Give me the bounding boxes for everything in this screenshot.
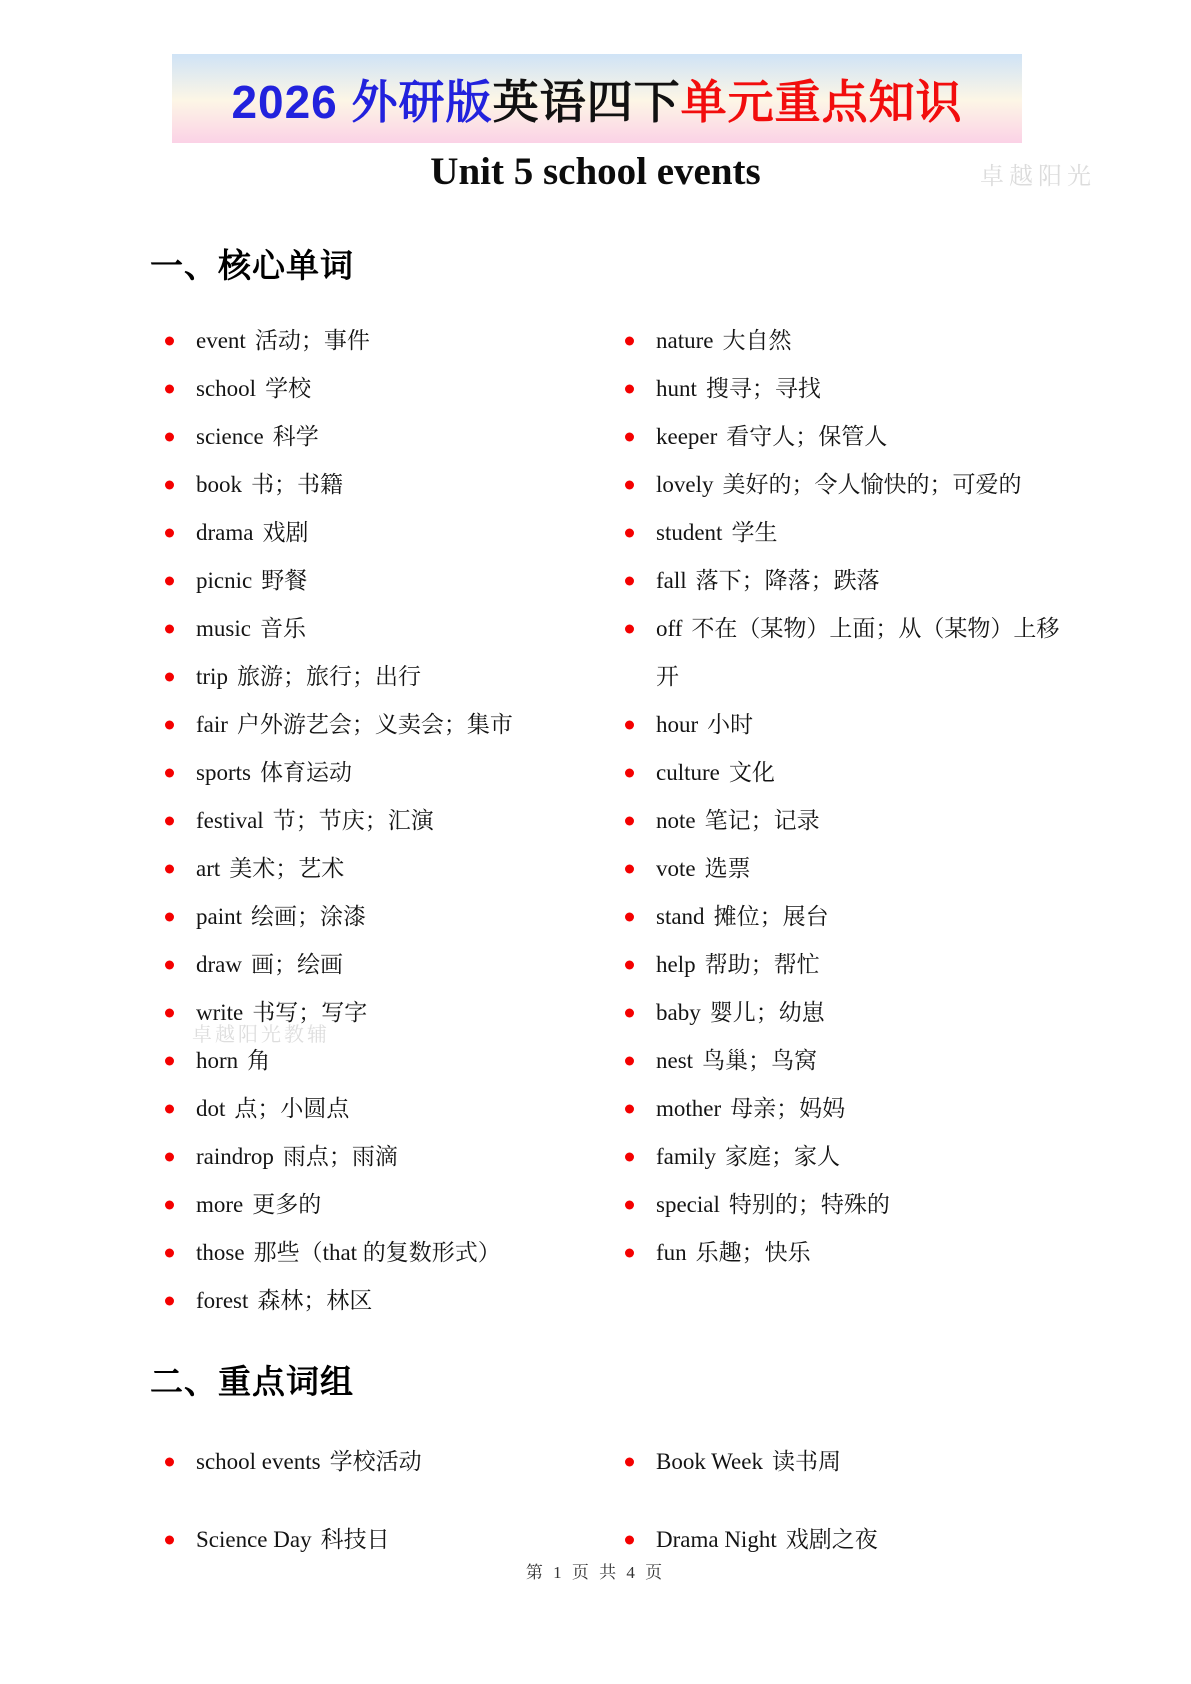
vocab-meaning: 学生 — [731, 520, 777, 545]
vocab-word: baby — [656, 1000, 701, 1025]
vocab-word: culture — [656, 760, 720, 785]
phrase-meaning: 读书周 — [772, 1449, 841, 1474]
vocab-meaning: 帮助；帮忙 — [705, 952, 820, 977]
vocab-meaning: 笔记；记录 — [705, 808, 820, 833]
vocab-item: note笔记；记录 — [623, 797, 1063, 845]
watermark-top: 卓越阳光 — [980, 156, 1096, 191]
vocab-meaning: 书写；写字 — [252, 1000, 367, 1025]
bullet-icon — [625, 913, 634, 922]
vocab-meaning: 绘画；涂漆 — [251, 904, 366, 929]
vocab-word: event — [196, 328, 246, 353]
vocab-word: school — [196, 376, 256, 401]
vocab-meaning: 鸟巢；鸟窝 — [702, 1048, 817, 1073]
document-page: { "page": { "banner": { "part_blue": "20… — [0, 0, 1191, 1684]
vocab-word: raindrop — [196, 1144, 274, 1169]
vocab-meaning: 那些（that 的复数形式） — [254, 1240, 501, 1265]
banner-subject: 英语四下 — [493, 66, 681, 132]
bullet-icon — [625, 433, 634, 442]
bullet-icon — [165, 1057, 174, 1066]
section2-heading: 二、重点词组 — [150, 1356, 354, 1403]
vocab-meaning: 美术；艺术 — [229, 856, 344, 881]
vocab-item: off不在（某物）上面；从（某物）上移开 — [623, 605, 1063, 701]
phrase-text: Science Day — [196, 1527, 312, 1552]
phrase-meaning: 戏剧之夜 — [786, 1527, 878, 1552]
phrase-meaning: 学校活动 — [330, 1449, 422, 1474]
vocab-word: drama — [196, 520, 253, 545]
bullet-icon — [165, 1297, 174, 1306]
banner-year-edition: 2026 外研版 — [231, 66, 492, 132]
vocab-meaning: 选票 — [705, 856, 751, 881]
bullet-icon — [165, 337, 174, 346]
vocab-word: nest — [656, 1048, 693, 1073]
bullet-icon — [165, 865, 174, 874]
vocab-meaning: 角 — [247, 1048, 270, 1073]
vocab-meaning: 大自然 — [722, 328, 791, 353]
bullet-icon — [625, 385, 634, 394]
vocab-item: paint绘画；涂漆 — [163, 893, 607, 941]
vocab-word: art — [196, 856, 220, 881]
vocab-item: student学生 — [623, 509, 1063, 557]
vocab-item: special特别的；特殊的 — [623, 1181, 1063, 1229]
vocab-item: fair户外游艺会；义卖会；集市 — [163, 701, 607, 749]
vocab-list-left: event活动；事件 school学校 science科学 book书；书籍 d… — [163, 317, 607, 1325]
vocab-item: draw画；绘画 — [163, 941, 607, 989]
vocab-word: those — [196, 1240, 245, 1265]
vocab-item: mother母亲；妈妈 — [623, 1085, 1063, 1133]
vocab-word: student — [656, 520, 722, 545]
vocab-word: write — [196, 1000, 243, 1025]
bullet-icon — [625, 1249, 634, 1258]
vocab-word: book — [196, 472, 242, 497]
vocab-word: music — [196, 616, 251, 641]
vocab-item: culture文化 — [623, 749, 1063, 797]
bullet-icon — [625, 769, 634, 778]
vocab-word: nature — [656, 328, 713, 353]
bullet-icon — [165, 1009, 174, 1018]
vocab-meaning: 小时 — [707, 712, 753, 737]
banner-topic: 单元重点知识 — [681, 66, 963, 132]
vocab-meaning: 体育运动 — [260, 760, 352, 785]
header-banner: 2026 外研版英语四下单元重点知识 — [172, 54, 1022, 143]
vocab-meaning: 点；小圆点 — [234, 1096, 349, 1121]
vocab-item: event活动；事件 — [163, 317, 607, 365]
vocab-item: lovely美好的；令人愉快的；可爱的 — [623, 461, 1063, 509]
bullet-icon — [165, 769, 174, 778]
vocab-item: fun乐趣；快乐 — [623, 1229, 1063, 1277]
vocab-word: vote — [656, 856, 696, 881]
bullet-icon — [165, 1105, 174, 1114]
vocab-word: hunt — [656, 376, 697, 401]
vocab-meaning: 看守人；保管人 — [726, 424, 887, 449]
vocab-meaning: 雨点；雨滴 — [283, 1144, 398, 1169]
vocab-word: more — [196, 1192, 243, 1217]
bullet-icon — [625, 481, 634, 490]
vocab-item: science科学 — [163, 413, 607, 461]
vocab-meaning: 音乐 — [260, 616, 306, 641]
vocab-meaning: 婴儿；幼崽 — [710, 1000, 825, 1025]
vocab-word: fair — [196, 712, 228, 737]
vocab-word: keeper — [656, 424, 717, 449]
vocab-item: art美术；艺术 — [163, 845, 607, 893]
vocab-meaning: 节；节庆；汇演 — [273, 808, 434, 833]
vocab-item: baby婴儿；幼崽 — [623, 989, 1063, 1037]
vocab-item: stand摊位；展台 — [623, 893, 1063, 941]
bullet-icon — [165, 1201, 174, 1210]
section1-heading: 一、核心单词 — [150, 240, 354, 287]
bullet-icon — [165, 1153, 174, 1162]
vocab-word: lovely — [656, 472, 714, 497]
vocab-meaning: 森林；林区 — [257, 1288, 372, 1313]
bullet-icon — [625, 1009, 634, 1018]
vocab-item: festival节；节庆；汇演 — [163, 797, 607, 845]
vocab-word: science — [196, 424, 264, 449]
vocab-word: off — [656, 616, 682, 641]
vocab-item: hour小时 — [623, 701, 1063, 749]
vocab-word: festival — [196, 808, 264, 833]
vocab-word: dot — [196, 1096, 225, 1121]
vocab-word: special — [656, 1192, 720, 1217]
bullet-icon — [165, 625, 174, 634]
phrase-list-left: school events学校活动 Science Day科技日 — [163, 1423, 607, 1579]
vocab-item: keeper看守人；保管人 — [623, 413, 1063, 461]
vocab-word: family — [656, 1144, 716, 1169]
bullet-icon — [165, 721, 174, 730]
vocab-word: fall — [656, 568, 687, 593]
vocab-word: help — [656, 952, 696, 977]
bullet-icon — [165, 529, 174, 538]
vocab-meaning: 戏剧 — [262, 520, 308, 545]
page-number: 第 1 页 共 4 页 — [0, 1558, 1191, 1583]
vocab-meaning: 落下；降落；跌落 — [696, 568, 880, 593]
phrase-meaning: 科技日 — [321, 1527, 390, 1552]
vocab-word: horn — [196, 1048, 238, 1073]
bullet-icon — [625, 1201, 634, 1210]
bullet-icon — [625, 865, 634, 874]
bullet-icon — [625, 1057, 634, 1066]
bullet-icon — [625, 1153, 634, 1162]
bullet-icon — [165, 1536, 174, 1545]
vocab-word: note — [656, 808, 696, 833]
vocab-item: trip旅游；旅行；出行 — [163, 653, 607, 701]
vocab-meaning: 旅游；旅行；出行 — [237, 664, 421, 689]
bullet-icon — [165, 673, 174, 682]
bullet-icon — [625, 1536, 634, 1545]
vocab-item: forest森林；林区 — [163, 1277, 607, 1325]
bullet-icon — [165, 1249, 174, 1258]
vocab-meaning: 家庭；家人 — [725, 1144, 840, 1169]
vocab-word: paint — [196, 904, 242, 929]
vocab-word: hour — [656, 712, 698, 737]
vocab-meaning: 书；书籍 — [251, 472, 343, 497]
phrase-item: school events学校活动 — [163, 1423, 607, 1501]
bullet-icon — [625, 961, 634, 970]
vocab-word: picnic — [196, 568, 252, 593]
phrase-list-right: Book Week读书周 Drama Night戏剧之夜 — [623, 1423, 1063, 1579]
vocab-word: fun — [656, 1240, 687, 1265]
vocab-meaning: 文化 — [729, 760, 775, 785]
phrase-text: Book Week — [656, 1449, 763, 1474]
vocab-item: help帮助；帮忙 — [623, 941, 1063, 989]
vocab-item: school学校 — [163, 365, 607, 413]
vocab-meaning: 特别的；特殊的 — [729, 1192, 890, 1217]
bullet-icon — [625, 817, 634, 826]
bullet-icon — [165, 1458, 174, 1467]
bullet-icon — [165, 481, 174, 490]
bullet-icon — [165, 385, 174, 394]
phrase-text: school events — [196, 1449, 321, 1474]
bullet-icon — [625, 1458, 634, 1467]
bullet-icon — [625, 577, 634, 586]
phrase-item: Book Week读书周 — [623, 1423, 1063, 1501]
vocab-meaning: 科学 — [273, 424, 319, 449]
vocab-item: picnic野餐 — [163, 557, 607, 605]
vocab-item: fall落下；降落；跌落 — [623, 557, 1063, 605]
vocab-word: draw — [196, 952, 242, 977]
vocab-word: forest — [196, 1288, 248, 1313]
vocab-meaning: 摊位；展台 — [714, 904, 829, 929]
vocab-item: nature大自然 — [623, 317, 1063, 365]
bullet-icon — [165, 913, 174, 922]
vocab-meaning: 户外游艺会；义卖会；集市 — [237, 712, 513, 737]
vocab-item: those那些（that 的复数形式） — [163, 1229, 607, 1277]
bullet-icon — [165, 433, 174, 442]
vocab-item: raindrop雨点；雨滴 — [163, 1133, 607, 1181]
bullet-icon — [625, 337, 634, 346]
vocab-word: mother — [656, 1096, 721, 1121]
bullet-icon — [625, 529, 634, 538]
vocab-item: music音乐 — [163, 605, 607, 653]
bullet-icon — [165, 577, 174, 586]
vocab-word: trip — [196, 664, 228, 689]
vocab-item: write书写；写字 — [163, 989, 607, 1037]
vocab-word: stand — [656, 904, 705, 929]
vocab-item: dot点；小圆点 — [163, 1085, 607, 1133]
vocab-meaning: 活动；事件 — [255, 328, 370, 353]
vocab-item: more更多的 — [163, 1181, 607, 1229]
vocab-meaning: 画；绘画 — [251, 952, 343, 977]
vocab-item: book书；书籍 — [163, 461, 607, 509]
vocab-item: vote选票 — [623, 845, 1063, 893]
vocab-meaning: 学校 — [265, 376, 311, 401]
vocab-meaning: 野餐 — [261, 568, 307, 593]
vocab-meaning: 乐趣；快乐 — [696, 1240, 811, 1265]
vocab-meaning: 美好的；令人愉快的；可爱的 — [723, 472, 1022, 497]
vocab-item: family家庭；家人 — [623, 1133, 1063, 1181]
vocab-item: sports体育运动 — [163, 749, 607, 797]
bullet-icon — [625, 721, 634, 730]
bullet-icon — [625, 625, 634, 634]
vocab-item: nest鸟巢；鸟窝 — [623, 1037, 1063, 1085]
vocab-list-right: nature大自然 hunt搜寻；寻找 keeper看守人；保管人 lovely… — [623, 317, 1063, 1277]
phrase-text: Drama Night — [656, 1527, 777, 1552]
vocab-meaning: 更多的 — [252, 1192, 321, 1217]
vocab-meaning: 搜寻；寻找 — [706, 376, 821, 401]
bullet-icon — [165, 961, 174, 970]
vocab-meaning: 母亲；妈妈 — [730, 1096, 845, 1121]
vocab-word: sports — [196, 760, 251, 785]
vocab-item: horn角 — [163, 1037, 607, 1085]
vocab-item: hunt搜寻；寻找 — [623, 365, 1063, 413]
bullet-icon — [165, 817, 174, 826]
bullet-icon — [625, 1105, 634, 1114]
vocab-meaning: 不在（某物）上面；从（某物）上移开 — [656, 616, 1059, 689]
vocab-item: drama戏剧 — [163, 509, 607, 557]
